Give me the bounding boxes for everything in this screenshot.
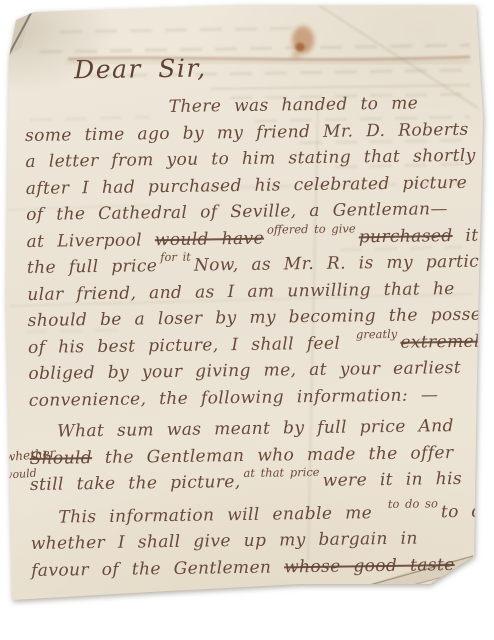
handwritten-text: it at — [452, 225, 494, 246]
paper-shadow-wrap: Dear Sir,There was handed to mesome time… — [0, 0, 494, 640]
letter-paper: Dear Sir,There was handed to mesome time… — [0, 0, 494, 640]
handwritten-text: Now, as Mr. R. is my partic- — [194, 252, 486, 276]
handwritten-text: some time ago by my friend Mr. D. Robert… — [25, 119, 469, 145]
handwritten-text: to decide — [441, 500, 494, 521]
handwritten-text: at Liverpool — [26, 230, 155, 252]
handwritten-text: a letter from you to him stating that sh… — [25, 146, 476, 172]
margin-note-word: would — [3, 465, 56, 482]
handwritten-text: Dear Sir, — [74, 53, 207, 84]
handwritten-text: of the Cathedral of Seville, a Gentleman… — [26, 199, 448, 225]
handwritten-text: What sum was meant by full price And — [57, 416, 454, 442]
struck-text: whose good taste — [284, 555, 455, 577]
struck-text: purchased — [359, 226, 453, 247]
letter-line: favour of the Gentlemen whose good taste — [31, 551, 487, 584]
letter-line: Dear Sir, — [24, 52, 480, 96]
struck-text: extremely — [400, 331, 490, 352]
handwritten-text: of his best picture, I shall feel — [28, 333, 353, 358]
handwritten-text: favour of the Gentlemen — [31, 557, 284, 581]
handwritten-text: should be a loser by my becoming the pos… — [28, 304, 494, 331]
handwritten-text: whether I shall give up my bargain in — [31, 529, 418, 554]
handwritten-text: obliged by your giving me, at your earli… — [28, 358, 461, 384]
letter-line: convenience, the following information: … — [29, 381, 485, 414]
handwritten-text: were it in his power—? — [323, 468, 494, 491]
inserted-text: greatly — [356, 320, 398, 347]
handwritten-text: There was handed to me — [169, 94, 419, 117]
inserted-text: at that price — [243, 459, 319, 487]
margin-note-word: whether — [4, 446, 56, 464]
letter-photo: Dear Sir,There was handed to mesome time… — [0, 0, 494, 640]
inserted-text: for it — [160, 244, 191, 271]
handwritten-text: the full price — [27, 256, 158, 278]
handwritten-text: after I had purchased his celebrated pic… — [26, 172, 468, 198]
inserted-text: offered to give — [267, 215, 356, 243]
inserted-text: to do so — [388, 490, 438, 517]
handwritten-text: convenience, the following information: … — [29, 385, 439, 411]
margin-note: whether would — [5, 448, 56, 480]
letter-body: Dear Sir,There was handed to mesome time… — [24, 52, 487, 584]
handwritten-text: This information will enable me — [58, 503, 385, 528]
handwritten-text: still take the picture, — [30, 472, 241, 495]
handwritten-text: ular friend, and as I am unwilling that … — [27, 279, 455, 305]
